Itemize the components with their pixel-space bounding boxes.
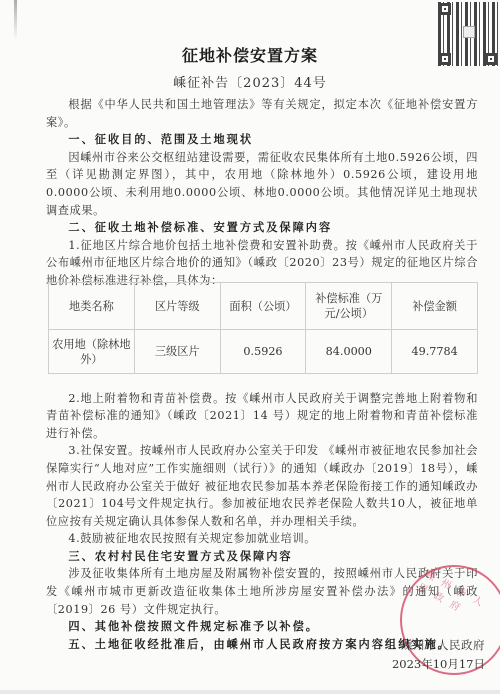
signature-organization: 嵊州市人民政府 <box>395 637 485 653</box>
scan-crease-mark <box>14 0 17 40</box>
intro-paragraph: 根据《中华人民共和国土地管理法》等有关规定，拟定本次《征地补偿安置方案》。 <box>46 96 478 131</box>
page-bottom-edge <box>0 690 500 694</box>
table-header-cell: 补偿金额 <box>392 283 478 330</box>
table-header-cell: 区片等级 <box>134 283 220 330</box>
qr-finder-icon <box>439 3 451 15</box>
table-cell-land-type: 农用地（除林地外） <box>49 330 135 374</box>
table-header-cell: 面积（公顷） <box>220 283 306 330</box>
section-1-paragraph: 因嵊州市谷来公交枢纽站建设需要，需征收农民集体所有土地0.5926公顷，四至（详… <box>46 149 478 219</box>
section-heading-3: 三、农村村民住宅安置方式及保障内容 <box>46 548 478 566</box>
table-cell-standard: 84.0000 <box>306 330 392 374</box>
document-title: 征地补偿安置方案 <box>0 43 500 66</box>
signature-date: 2023年10月17日 <box>390 656 485 672</box>
section-heading-2: 二、征收土地补偿标准、安置方式及保障内容 <box>46 219 478 237</box>
table-header-cell: 补偿标准（万元/公顷） <box>306 283 392 330</box>
compensation-table: 地类名称 区片等级 面积（公顷） 补偿标准（万元/公顷） 补偿金额 农用地（除林… <box>48 282 478 374</box>
qr-logo-icon <box>463 26 475 38</box>
document-number: 嵊征补告〔2023〕44号 <box>0 72 500 91</box>
table-header-cell: 地类名称 <box>49 283 135 330</box>
section-heading-1: 一、征收目的、范围及土地现状 <box>46 131 478 149</box>
table-header-row: 地类名称 区片等级 面积（公顷） 补偿标准（万元/公顷） 补偿金额 <box>49 283 478 330</box>
section-2-item-2: 2.地上附着物和青苗补偿费。按《嵊州市人民政府关于调整完善地上附着物和青苗补偿标… <box>46 390 478 443</box>
document-page: 征地补偿安置方案 嵊征补告〔2023〕44号 根据《中华人民共和国土地管理法》等… <box>0 0 500 690</box>
table-cell-area: 0.5926 <box>220 330 306 374</box>
table-cell-amount: 49.7784 <box>392 330 478 374</box>
section-2-item-3: 3.社保安置。按嵊州市人民政府办公室关于印发 《嵊州市被征地农民参加社会保障实行… <box>46 442 478 530</box>
table-row: 农用地（除林地外） 三级区片 0.5926 84.0000 49.7784 <box>49 330 478 374</box>
document-body: 根据《中华人民共和国土地管理法》等有关规定，拟定本次《征地补偿安置方案》。 一、… <box>46 96 478 653</box>
table-cell-zone-grade: 三级区片 <box>134 330 220 374</box>
section-2-item-4: 4.鼓励被征地农民按照有关规定参加就业培训。 <box>46 530 478 548</box>
